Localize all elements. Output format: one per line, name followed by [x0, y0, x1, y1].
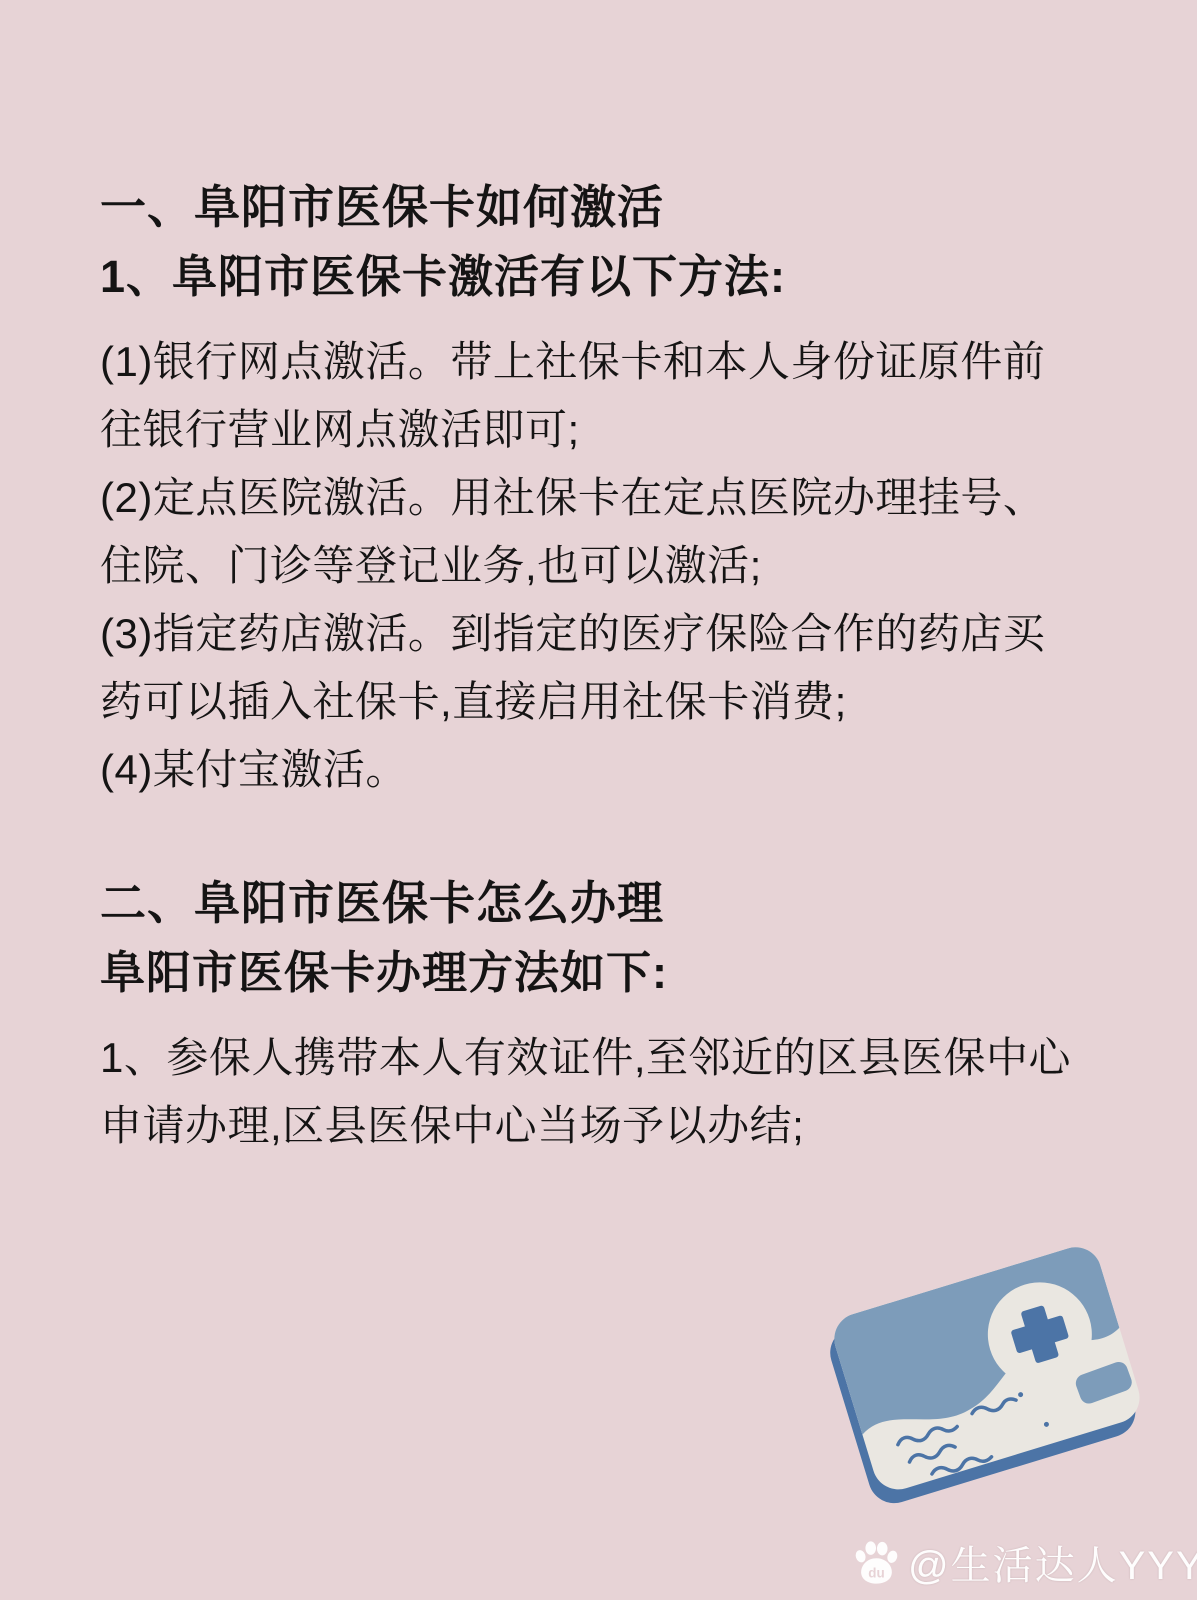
body-line: 住院、门诊等登记业务,也可以激活; — [100, 532, 1120, 600]
body-line: 往银行营业网点激活即可; — [100, 396, 1120, 464]
body-line: (3)指定药店激活。到指定的医疗保险合作的药店买 — [100, 600, 1120, 668]
section-application: 二、阜阳市医保卡怎么办理 阜阳市医保卡办理方法如下: 1、参保人携带本人有效证件… — [100, 868, 1120, 1160]
body-line: 1、参保人携带本人有效证件,至邻近的区县医保中心 — [100, 1024, 1120, 1092]
paw-du-label: du — [868, 1565, 884, 1580]
body-line: 申请办理,区县医保中心当场予以办结; — [100, 1092, 1120, 1160]
body-line: 药可以插入社保卡,直接启用社保卡消费; — [100, 668, 1120, 736]
body-line: (4)某付宝激活。 — [100, 736, 1120, 804]
article-body: 一、阜阳市医保卡如何激活 1、阜阳市医保卡激活有以下方法: (1)银行网点激活。… — [100, 172, 1120, 1160]
section1-subheading: 1、阜阳市医保卡激活有以下方法: — [100, 242, 1120, 312]
body-line: (2)定点医院激活。用社保卡在定点医院办理挂号、 — [100, 464, 1120, 532]
watermark-handle: @生活达人YYY — [908, 1534, 1197, 1591]
page-background: 一、阜阳市医保卡如何激活 1、阜阳市医保卡激活有以下方法: (1)银行网点激活。… — [0, 0, 1197, 1600]
body-line: (1)银行网点激活。带上社保卡和本人身份证原件前 — [100, 328, 1120, 396]
medical-card-graphic — [818, 1233, 1168, 1526]
medical-card-illustration — [818, 1233, 1168, 1526]
section1-heading: 一、阜阳市医保卡如何激活 — [100, 172, 1120, 242]
baidu-paw-icon: du — [852, 1539, 900, 1587]
section2-heading: 二、阜阳市医保卡怎么办理 — [100, 868, 1120, 938]
section2-subheading: 阜阳市医保卡办理方法如下: — [100, 938, 1120, 1008]
section-activation: 一、阜阳市医保卡如何激活 1、阜阳市医保卡激活有以下方法: (1)银行网点激活。… — [100, 172, 1120, 804]
watermark: du @生活达人YYY — [852, 1534, 1197, 1591]
